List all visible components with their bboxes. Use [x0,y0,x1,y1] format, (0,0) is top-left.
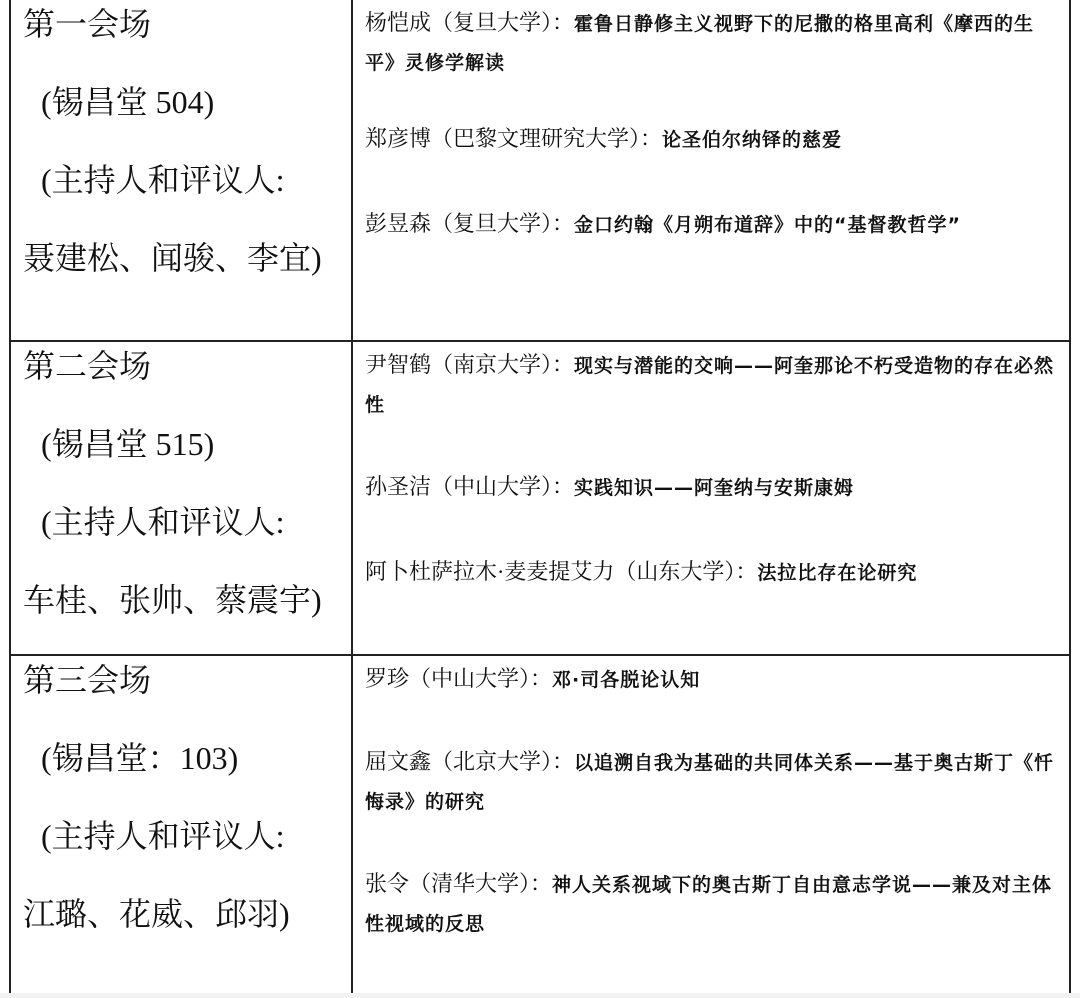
talk-title: 论圣伯尔纳铎的慈爱 [662,129,842,151]
session-info-cell: 第二会场 (锡昌堂 515) (主持人和评议人: 车桂、张帅、蔡震宇) [10,341,352,655]
talk-speaker: 彭昱森（复旦大学）： [365,211,574,236]
talk-speaker: 孙圣洁（中山大学）： [365,474,574,499]
session-row: 第三会场 (锡昌堂：103) (主持人和评议人: 江璐、花威、邱羽) 罗珍（中山… [10,655,1070,998]
room-label: (锡昌堂 515) [11,420,351,498]
session-row: 第一会场 (锡昌堂 504) (主持人和评议人: 聂建松、闻骏、李宜) 杨恺成（… [10,0,1070,341]
talk-entry: 彭昱森（复旦大学）：金口约翰《月朔布道辞》中的“基督教哲学” [365,205,1059,244]
talk-entry: 孙圣洁（中山大学）：实践知识——阿奎纳与安斯康姆 [365,468,1059,507]
room-label: (锡昌堂 504) [11,78,351,156]
hosts-label: (主持人和评议人: [11,498,351,576]
talks-cell: 杨恺成（复旦大学）：霍鲁日静修主义视野下的尼撒的格里高利《摩西的生平》灵修学解读… [352,0,1070,341]
talk-title: 实践知识——阿奎纳与安斯康姆 [574,477,854,499]
session-info-cell: 第三会场 (锡昌堂：103) (主持人和评议人: 江璐、花威、邱羽) [10,655,352,998]
talk-speaker: 阿卜杜萨拉木·麦麦提艾力（山东大学）： [365,559,757,584]
venue-name: 第一会场 [11,0,351,78]
talk-entry: 郑彦博（巴黎文理研究大学）：论圣伯尔纳铎的慈爱 [365,120,1059,159]
talk-entry: 尹智鹤（南京大学）：现实与潜能的交响——阿奎那论不朽受造物的存在必然性 [365,346,1059,424]
talk-title: 邓·司各脱论认知 [552,669,700,691]
room-label: (锡昌堂：103) [11,734,351,812]
session-row: 第二会场 (锡昌堂 515) (主持人和评议人: 车桂、张帅、蔡震宇) 尹智鹤（… [10,341,1070,655]
talk-speaker: 张令（清华大学）： [365,871,552,896]
talk-entry: 罗珍（中山大学）：邓·司各脱论认知 [365,660,1059,699]
page-bottom-edge [0,993,1080,998]
venue-name: 第二会场 [11,342,351,420]
talk-speaker: 尹智鹤（南京大学）： [365,352,574,377]
talk-speaker: 屈文鑫（北京大学）： [365,749,574,774]
talks-cell: 罗珍（中山大学）：邓·司各脱论认知 屈文鑫（北京大学）：以追溯自我为基础的共同体… [352,655,1070,998]
venue-name: 第三会场 [11,656,351,734]
schedule-table: 第一会场 (锡昌堂 504) (主持人和评议人: 聂建松、闻骏、李宜) 杨恺成（… [9,0,1071,998]
hosts-label: (主持人和评议人: [11,812,351,890]
hosts-names: 车桂、张帅、蔡震宇) [11,576,351,654]
talks-cell: 尹智鹤（南京大学）：现实与潜能的交响——阿奎那论不朽受造物的存在必然性 孙圣洁（… [352,341,1070,655]
talk-entry: 屈文鑫（北京大学）：以追溯自我为基础的共同体关系——基于奥古斯丁《忏悔录》的研究 [365,743,1059,821]
talk-speaker: 杨恺成（复旦大学）： [365,10,574,35]
talk-entry: 杨恺成（复旦大学）：霍鲁日静修主义视野下的尼撒的格里高利《摩西的生平》灵修学解读 [365,4,1059,82]
session-info-cell: 第一会场 (锡昌堂 504) (主持人和评议人: 聂建松、闻骏、李宜) [10,0,352,341]
hosts-label: (主持人和评议人: [11,156,351,234]
talk-speaker: 罗珍（中山大学）： [365,666,552,691]
talk-entry: 张令（清华大学）：神人关系视域下的奥古斯丁自由意志学说——兼及对主体性视域的反思 [365,865,1059,943]
hosts-names: 聂建松、闻骏、李宜) [11,234,351,312]
talk-title: 金口约翰《月朔布道辞》中的“基督教哲学” [574,214,961,236]
talk-title: 法拉比存在论研究 [757,562,917,584]
hosts-names: 江璐、花威、邱羽) [11,890,351,968]
talk-entry: 阿卜杜萨拉木·麦麦提艾力（山东大学）：法拉比存在论研究 [365,553,1059,592]
talk-speaker: 郑彦博（巴黎文理研究大学）： [365,126,662,151]
